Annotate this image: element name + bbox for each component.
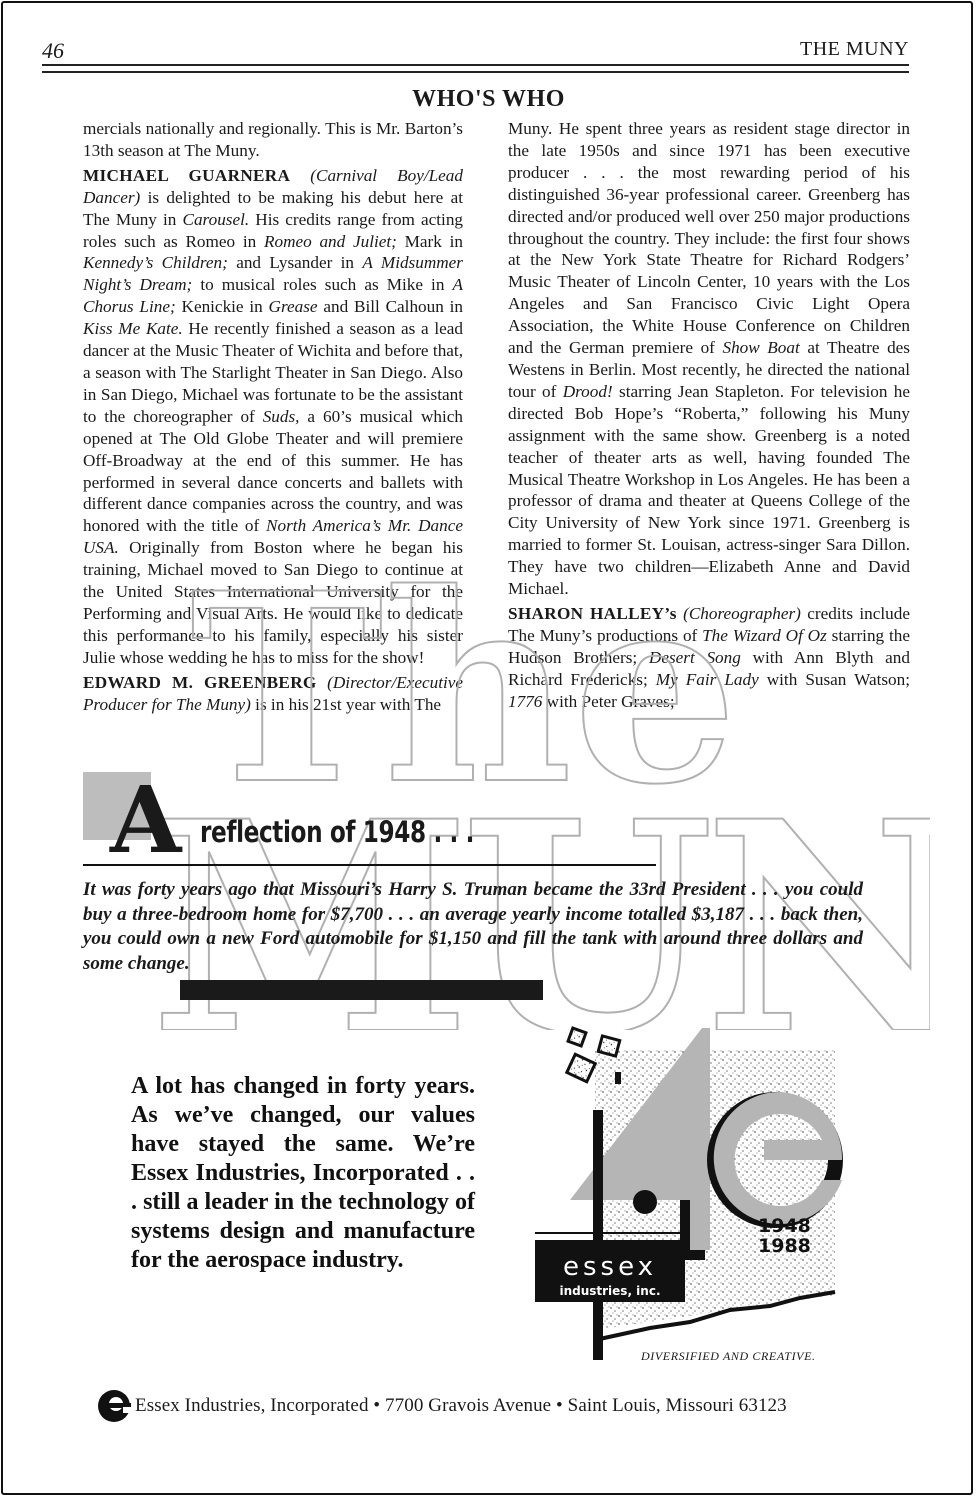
- essex-40th-logo: essex industries, inc. 1948 1988: [530, 1010, 860, 1370]
- reflection-bar: [180, 980, 543, 1000]
- essex-e-logo-icon: [97, 1389, 131, 1423]
- svg-text:industries, inc.: industries, inc.: [559, 1284, 660, 1298]
- ad-footer: Essex Industries, Incorporated • 7700 Gr…: [97, 1389, 787, 1423]
- bio-edward-greenberg: EDWARD M. GREENBERG (Director/Executive …: [83, 672, 463, 716]
- bio-michael-guarnera: MICHAEL GUARNERA (Carnival Boy/Lead Danc…: [83, 165, 463, 669]
- reflection-body: It was forty years ago that Missouri’s H…: [83, 878, 863, 976]
- logo-tagline: DIVERSIFIED AND CREATIVE.: [641, 1349, 816, 1364]
- header-rule-top: [42, 64, 909, 66]
- svg-text:essex: essex: [563, 1252, 657, 1282]
- ad-copy: A lot has changed in forty years. As we’…: [131, 1072, 475, 1275]
- company-address: Essex Industries, Incorporated • 7700 Gr…: [135, 1395, 787, 1417]
- left-column: mercials nationally and regionally. This…: [83, 118, 463, 715]
- running-head: THE MUNY: [800, 38, 909, 61]
- bio-sharon-halley: SHARON HALLEY’s (Choreographer) credits …: [508, 603, 910, 713]
- bio-name: MICHAEL GUARNERA: [83, 166, 290, 185]
- bio-name: SHARON HALLEY’s: [508, 604, 677, 623]
- reflection-rule: [83, 864, 656, 866]
- reflection-title: reflection of 1948 . . .: [200, 815, 474, 849]
- bio-greenberg-continuation: Muny. He spent three years as resident s…: [508, 118, 910, 600]
- right-column: Muny. He spent three years as resident s…: [508, 118, 910, 712]
- drop-letter: A: [110, 780, 181, 860]
- header-rule-bottom: [42, 71, 909, 73]
- svg-text:1988: 1988: [758, 1235, 811, 1257]
- page-number: 46: [42, 38, 64, 64]
- section-title: WHO'S WHO: [0, 86, 977, 113]
- bio-continuation: mercials nationally and regionally. This…: [83, 118, 463, 162]
- bio-role: (Choreographer): [683, 604, 801, 623]
- svg-text:1948: 1948: [758, 1215, 811, 1237]
- bio-name: EDWARD M. GREENBERG: [83, 673, 317, 692]
